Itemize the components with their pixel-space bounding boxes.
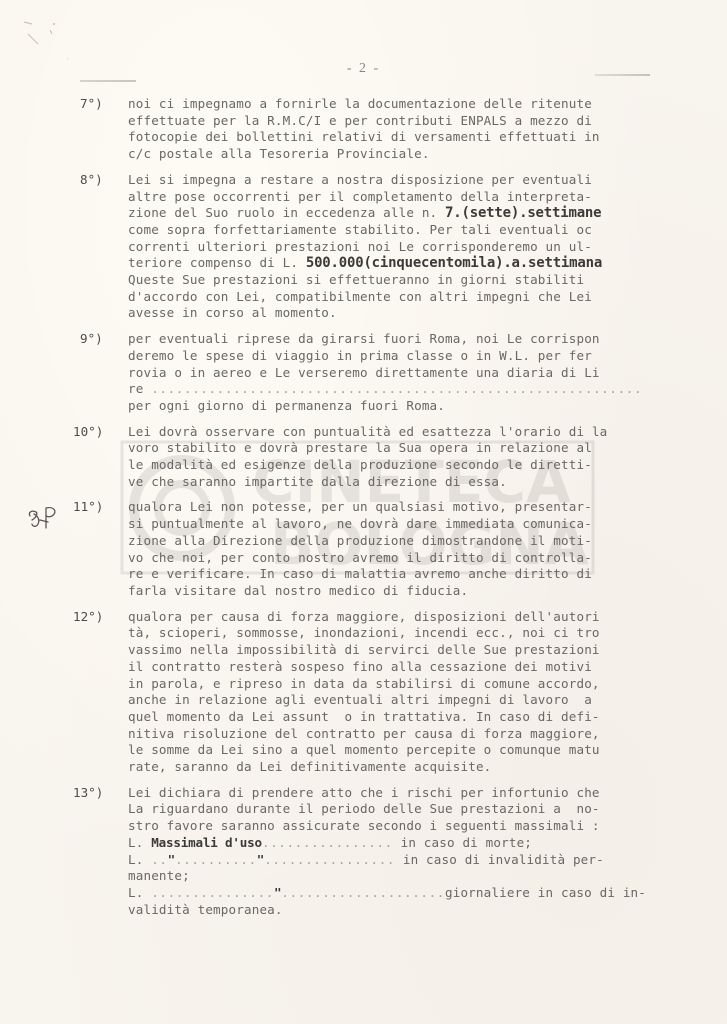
clause-line: quel momento da Lei assunt o in trattati…	[128, 709, 680, 726]
clause-line: teriore compenso di L. 500.000(cinquecen…	[128, 255, 680, 272]
clause-10: 10°) Lei dovrà osservare con puntualità …	[80, 424, 680, 491]
clause-line: per eventuali riprese da girarsi fuori R…	[128, 331, 680, 348]
dotted-leader: ...............	[151, 885, 274, 900]
insurance-condition: in caso di morte;	[401, 835, 532, 850]
dotted-leader: ................	[264, 852, 395, 867]
clause-9: 9°) per eventuali riprese da girarsi fuo…	[80, 331, 680, 415]
dotted-leader: ..	[151, 852, 167, 867]
clause-line: come sopra forfettariamente stabilito. P…	[128, 222, 680, 239]
clause-line: zione alla Direzione della produzione di…	[128, 533, 680, 550]
insurance-condition: in caso di invalidità per-	[403, 852, 604, 867]
clause-line: farla visitare dal nostro medico di fidu…	[128, 583, 680, 600]
clause-11: 11°) qualora Lei non potesse, per un qua…	[80, 499, 680, 599]
clause-line: d'accordo con Lei, compatibilmente con a…	[128, 289, 680, 306]
clause-line: Lei dovrà osservare con puntualità ed es…	[128, 424, 680, 441]
clause-line: le somme da Lei sino a quel momento perc…	[128, 742, 680, 759]
header-rule-left	[80, 80, 136, 82]
blank-dotted-field: ........................................…	[151, 381, 642, 396]
clause-7: 7°) noi ci impegnamo a fornirle la docum…	[80, 96, 680, 163]
clause-line: anche in relazione agli eventuali altri …	[128, 692, 680, 709]
clause-line: La riguardano durante il periodo delle S…	[128, 801, 680, 818]
clause-line: nitiva risoluzione del contratto per cau…	[128, 726, 680, 743]
clause-line: per ogni giorno di permanenza fuori Roma…	[128, 398, 680, 415]
filled-weeks-value: 7.(sette).settimane	[445, 205, 601, 221]
clause-line: avesse in corso al momento.	[128, 305, 680, 322]
clause-number: 9°)	[80, 331, 128, 415]
clause-number: 11°)	[73, 499, 128, 599]
clause-line: Queste Sue prestazioni si effettueranno …	[128, 272, 680, 289]
clause-line: fotocopie dei bollettini relativi di ver…	[128, 129, 680, 146]
clause-line: ve che saranno impartite dalla direzione…	[128, 474, 680, 491]
clause-line: re e verificare. In caso di malattia avr…	[128, 566, 680, 583]
insurance-condition: giornaliere in caso di in-	[445, 885, 646, 900]
clause-line: il contratto resterà sospeso fino alla c…	[128, 659, 680, 676]
clause-line: le modalità ed esigenze della produzione…	[128, 457, 680, 474]
clause-8: 8°) Lei si impegna a restare a nostra di…	[80, 172, 680, 322]
header-rule-right	[595, 74, 650, 76]
clause-13: 13°) Lei dichiara di prendere atto che i…	[80, 785, 680, 919]
clause-line: voro stabilito e dovrà prestare la Sua o…	[128, 440, 680, 457]
handwritten-initials	[26, 502, 62, 532]
contract-clauses: 7°) noi ci impegnamo a fornirle la docum…	[80, 96, 680, 927]
insurance-row-permanent-disability: L. ..".........."................ in cas…	[128, 852, 680, 869]
clause-line: zione del Suo ruolo in eccedenza alle n.…	[128, 205, 680, 222]
clause-line: correnti ulteriori prestazioni noi Le co…	[128, 239, 680, 256]
clause-line: manente;	[128, 868, 680, 885]
clause-line: qualora Lei non potesse, per un qualsias…	[128, 499, 680, 516]
clause-line: effettuate per la R.M.C/I e per contribu…	[128, 113, 680, 130]
clause-line: Lei si impegna a restare a nostra dispos…	[128, 172, 680, 189]
clause-text: teriore compenso di L.	[128, 255, 298, 270]
insurance-row-death: L. Massimali d'uso................ in ca…	[128, 835, 680, 852]
clause-line: c/c postale alla Tesoreria Provinciale.	[128, 146, 680, 163]
clause-number: 13°)	[73, 785, 128, 919]
clause-line: tà, scioperi, sommosse, inondazioni, inc…	[128, 625, 680, 642]
clause-number: 12°)	[73, 609, 128, 776]
clause-number: 7°)	[80, 96, 128, 163]
dotted-leader: ................	[262, 835, 393, 850]
clause-line: rovia o in aereo e Le verseremo direttam…	[128, 365, 680, 382]
lire-prefix: L.	[128, 852, 143, 867]
insurance-row-temporary-disability: L. ..............."....................g…	[128, 885, 680, 902]
clause-line: vassimo nella impossibilità di servirci …	[128, 642, 680, 659]
lire-prefix: L.	[128, 835, 143, 850]
dotted-leader: ..........	[175, 852, 257, 867]
dotted-leader: ....................	[281, 885, 445, 900]
clause-line: noi ci impegnamo a fornirle la documenta…	[128, 96, 680, 113]
clause-line: altre pose occorrenti per il completamen…	[128, 189, 680, 206]
clause-text: re	[128, 381, 143, 396]
clause-line: deremo le spese di viaggio in prima clas…	[128, 348, 680, 365]
clause-line: in parola, e ripreso in data da stabilir…	[128, 676, 680, 693]
lire-prefix: L.	[128, 885, 143, 900]
clause-line: re .....................................…	[128, 381, 680, 398]
clause-line: si puntualmente al lavoro, ne dovrà dare…	[128, 516, 680, 533]
clause-line: validità temporanea.	[128, 902, 680, 919]
clause-number: 10°)	[73, 424, 128, 491]
clause-line: vo che noi, per conto nostro avremo il d…	[128, 550, 680, 567]
clause-text: zione del Suo ruolo in eccedenza alle n.	[128, 205, 437, 220]
clause-number: 8°)	[80, 172, 128, 322]
corner-scribble-marks	[18, 14, 68, 64]
clause-line: qualora per causa di forza maggiore, dis…	[128, 609, 680, 626]
insurance-filled-value: Massimali d'uso	[151, 835, 262, 850]
clause-line: stro favore saranno assicurate secondo i…	[128, 818, 680, 835]
clause-line: rate, saranno da Lei definitivamente acq…	[128, 759, 680, 776]
clause-12: 12°) qualora per causa di forza maggiore…	[80, 609, 680, 776]
filled-amount-value: 500.000(cinquecentomila).a.settimana	[306, 255, 602, 271]
clause-line: Lei dichiara di prendere atto che i risc…	[128, 785, 680, 802]
ditto-mark: "	[168, 852, 175, 867]
